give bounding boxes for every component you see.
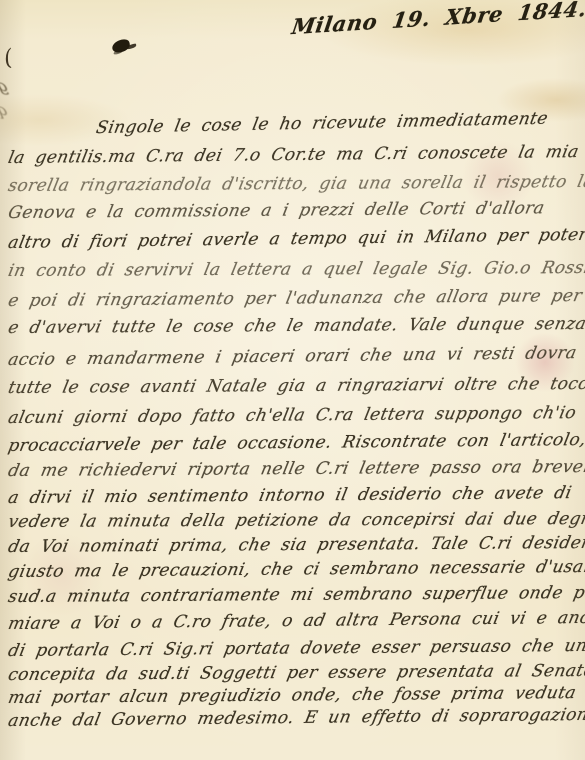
bleedthrough-line: que sotto vaglia carta pochi di lontano … xyxy=(0,100,11,134)
letter-page: Milano 19. Xbre 1844. ( l'idea che avete… xyxy=(0,0,585,760)
letter-line: a dirvi il mio sentimento intorno il des… xyxy=(6,483,580,512)
letter-line: accio e mandarmene i piaceri orari che u… xyxy=(6,343,580,374)
letter-line: in conto di servirvi la lettera a quel l… xyxy=(6,258,580,285)
bleedthrough-line: giacche forse che a Voi piaccia per non … xyxy=(0,76,11,112)
letter-line: la gentilis.ma C.ra dei 7.o Cor.te ma C.… xyxy=(6,142,580,172)
letter-line: alcuni giorni dopo fatto ch'ella C.ra le… xyxy=(6,403,580,432)
bleedthrough-line: stanze altrui la sera il cielo venne in … xyxy=(0,279,11,310)
bleedthrough-line: serbata ove ne parve il filo di molte ca… xyxy=(0,451,11,481)
letter-dateline: Milano 19. Xbre 1844. xyxy=(290,0,573,39)
letter-line: anche dal Governo medesimo. E un effetto… xyxy=(6,705,580,735)
letter-line: tutte le cose avanti Natale gia a ringra… xyxy=(6,374,580,402)
bleedthrough-line: altrove giunte dal vero tanto aveano del… xyxy=(0,395,11,425)
bleedthrough-line: mentre dal borgo la neve copri ogni via … xyxy=(0,553,11,583)
letter-line: procacciarvele per tale occasione. Risco… xyxy=(6,430,580,460)
letter-line: giusto ma le precauzioni, che ci sembran… xyxy=(6,557,580,586)
letter-line: altro di fiori potrei averle a tempo qui… xyxy=(6,225,580,257)
bleedthrough-line: qual ventura portarsi a sera fra le mura… xyxy=(0,603,11,631)
bleedthrough-line: para quella deggio sfogliarsi in verno l… xyxy=(0,221,11,252)
margin-paren-mark: ( xyxy=(1,45,15,71)
ink-blot xyxy=(111,38,131,54)
bleedthrough-line: indi levate la corte ove il giardino fio… xyxy=(0,503,11,531)
letter-line: di portarla C.ri Sig.ri portata dovete e… xyxy=(6,636,580,665)
bleedthrough-line: dal lato mio venne parimenti usanza che … xyxy=(0,335,11,364)
letter-line: vedere la minuta della petizione da conc… xyxy=(6,509,580,536)
bleedthrough-line: ai quali una annuale novena al vostro I … xyxy=(0,164,11,196)
letter-line: miare a Voi o a C.ro frate, o ad altra P… xyxy=(6,608,580,638)
letter-line: da me richiedervi riporta nelle C.ri let… xyxy=(6,457,580,485)
letter-line: Genova e la commissione a i prezzi delle… xyxy=(6,198,580,227)
letter-line: mai portar alcun pregiudizio onde, che f… xyxy=(6,683,580,712)
letter-line: concepita da sud.ti Soggetti per essere … xyxy=(6,661,580,689)
letter-line: sorella ringraziandola d'iscritto, gia u… xyxy=(6,172,580,200)
letter-line: Singole le cose le ho ricevute immediata… xyxy=(6,106,585,144)
letter-line: e poi di ringraziamento per l'adunanza c… xyxy=(6,286,580,315)
letter-line: da Voi nominati prima, che sia presentat… xyxy=(6,533,580,561)
letter-line: sud.a minuta contrariamente mi sembrano … xyxy=(6,583,580,611)
letter-line: e d'avervi tutte le cose che le mandate.… xyxy=(6,314,580,342)
